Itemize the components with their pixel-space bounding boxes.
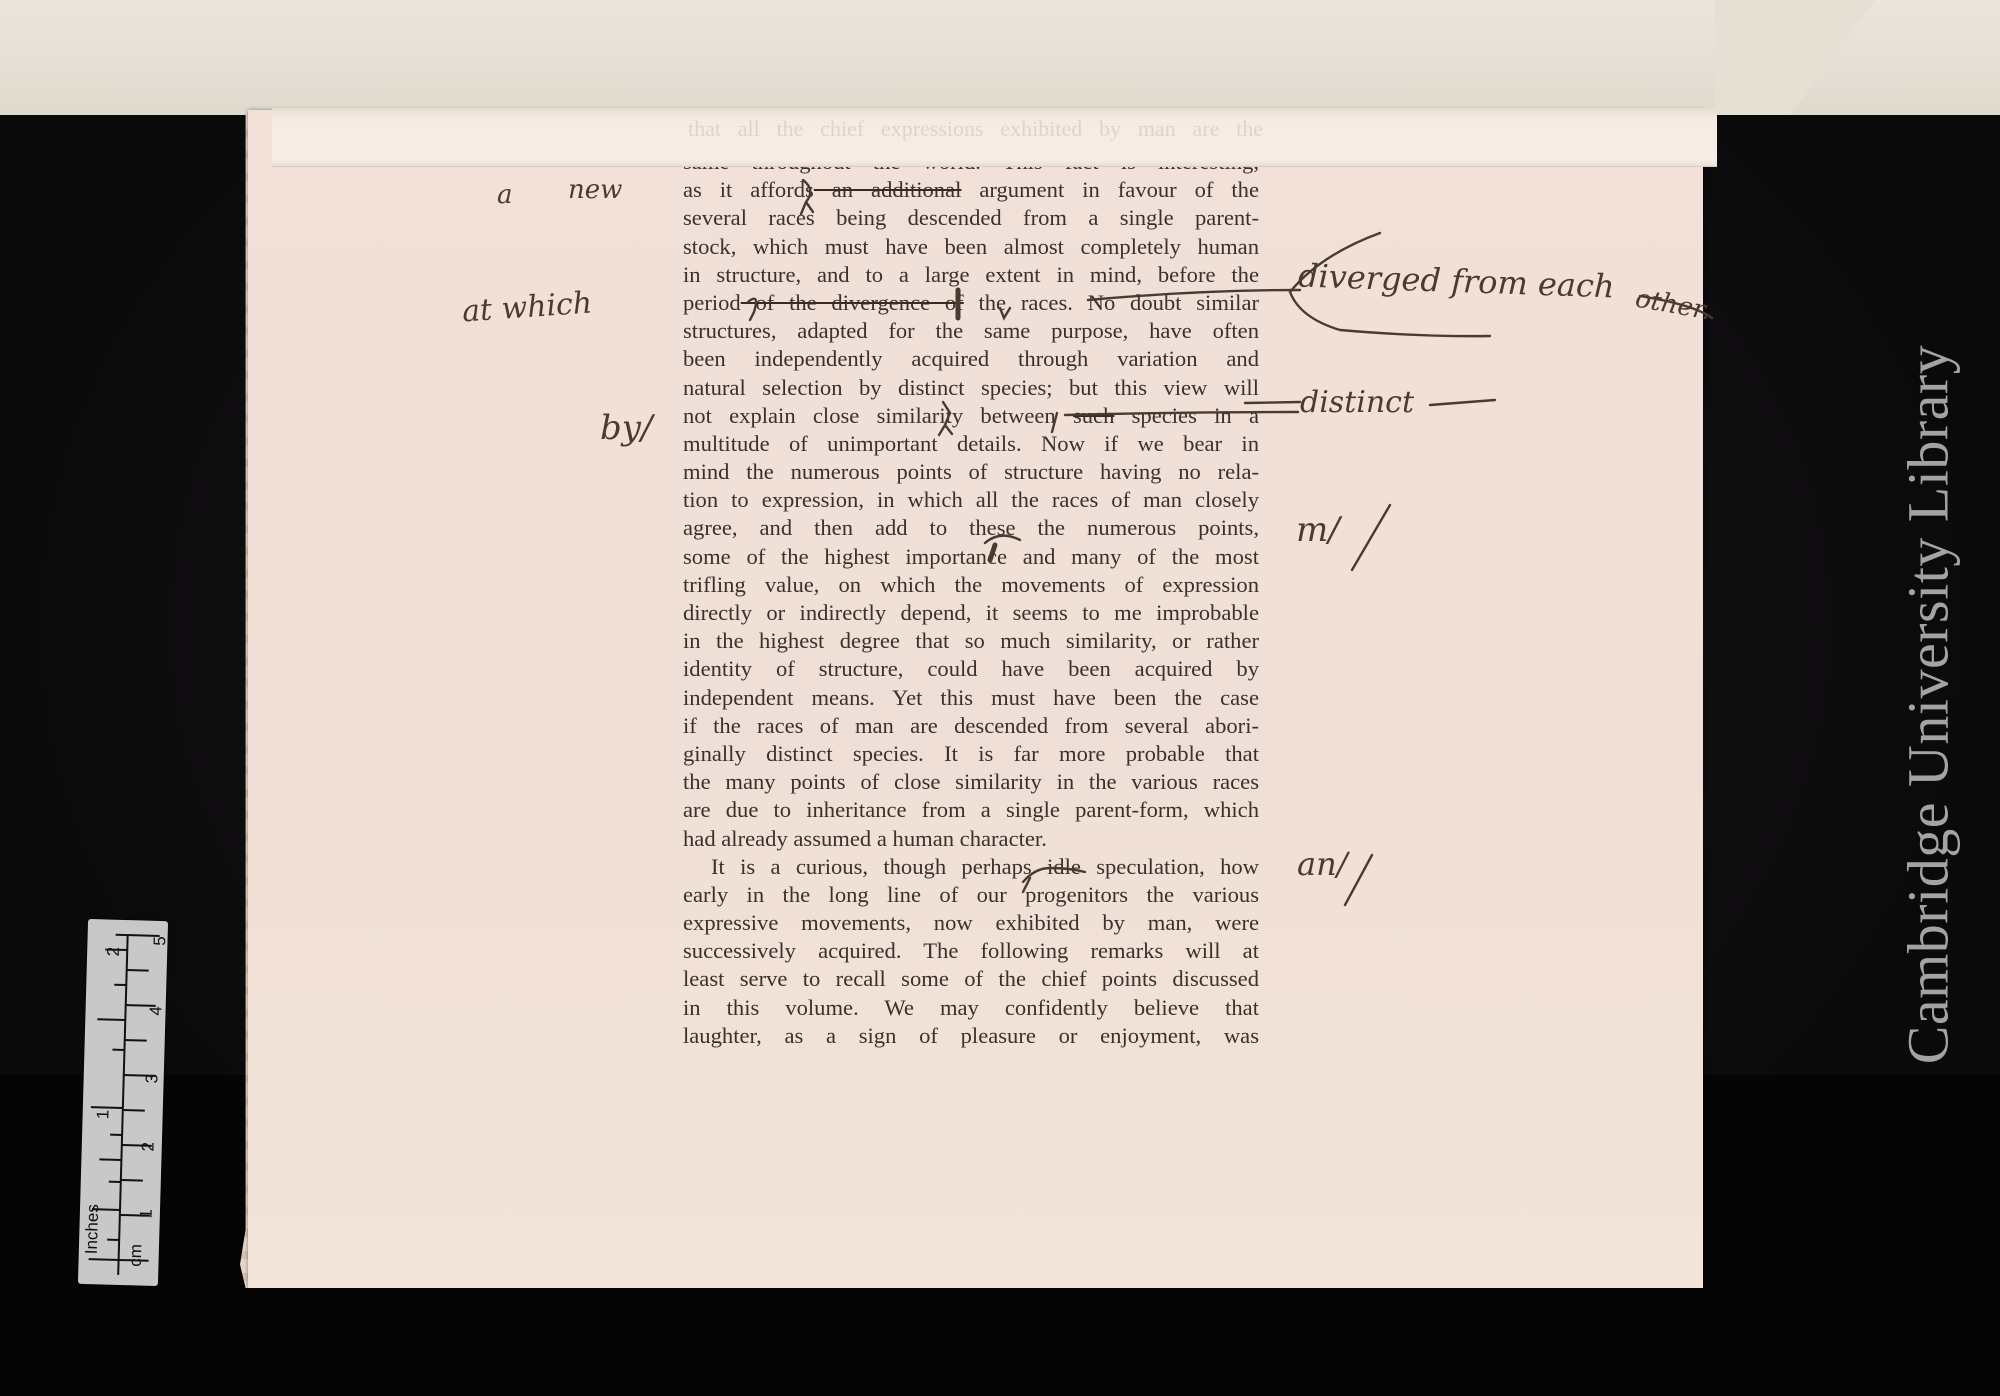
ruler-cm-5: 5 bbox=[150, 936, 170, 946]
backing-sheet bbox=[0, 0, 2000, 115]
ghost-text-line: that all the chief expressions exhibited… bbox=[688, 116, 1263, 142]
text-line: as it affords an additional argument in … bbox=[683, 176, 1259, 204]
text-line: mind the numerous points of structure ha… bbox=[683, 458, 1259, 486]
struck-text: of the divergence of bbox=[741, 290, 964, 315]
text-line: if the races of man are descended from s… bbox=[683, 712, 1259, 740]
text-line: laughter, as a sign of pleasure or enjoy… bbox=[683, 1022, 1259, 1050]
text-line: the many points of close similarity in t… bbox=[683, 768, 1259, 796]
text-line: in this volume. We may confidently belie… bbox=[683, 994, 1259, 1022]
annotation-m: m/ bbox=[1296, 510, 1340, 550]
struck-text: an additional bbox=[814, 177, 962, 202]
text-line: several races being descended from a sin… bbox=[683, 204, 1259, 232]
text-line: independent means. Yet this must have be… bbox=[683, 684, 1259, 712]
text-line: multitude of unimportant details. Now if… bbox=[683, 430, 1259, 458]
ruler-cm-1: 1 bbox=[137, 1209, 157, 1219]
text-line: not explain close similarity between suc… bbox=[683, 402, 1259, 430]
annotation-distinct: distinct bbox=[1300, 385, 1414, 420]
text-line: structures, adapted for the same purpose… bbox=[683, 317, 1259, 345]
ruler-inches-label: Inches bbox=[82, 1204, 103, 1255]
text-line: identity of structure, could have been a… bbox=[683, 655, 1259, 683]
text-line: early in the long line of our progenitor… bbox=[683, 881, 1259, 909]
text-line: period of the divergence of the races. N… bbox=[683, 289, 1259, 317]
ruler-inch-2: 2 bbox=[104, 947, 124, 957]
text-line: least serve to recall some of the chief … bbox=[683, 965, 1259, 993]
ruler-cm-4: 4 bbox=[146, 1006, 166, 1016]
text-line: natural selection by distinct species; b… bbox=[683, 374, 1259, 402]
text-line: in the highest degree that so much simil… bbox=[683, 627, 1259, 655]
text-line: some of the highest importance and many … bbox=[683, 543, 1259, 571]
ruler-inch-1: 1 bbox=[93, 1109, 113, 1119]
struck-text: such bbox=[1073, 403, 1114, 428]
text-line: It is a curious, though perhaps idle spe… bbox=[683, 853, 1259, 881]
text-line: ginally distinct species. It is far more… bbox=[683, 740, 1259, 768]
ruler-cm-label: cm bbox=[126, 1244, 147, 1267]
text-line: directly or indirectly depend, it seems … bbox=[683, 599, 1259, 627]
text-line: agree, and then add to these the numerou… bbox=[683, 514, 1259, 542]
text-line: are due to inheritance from a single par… bbox=[683, 796, 1259, 824]
text-line: had already assumed a human character. bbox=[683, 825, 1259, 853]
annotation-a: a bbox=[497, 180, 513, 210]
annotation-an: an/ bbox=[1297, 845, 1347, 883]
text-line: been independently acquired through vari… bbox=[683, 345, 1259, 373]
annotation-new: new bbox=[568, 175, 622, 205]
scale-ruler: Inches cm 1 2 1 2 3 4 5 bbox=[78, 919, 168, 1286]
ruler-cm-3: 3 bbox=[142, 1074, 162, 1084]
printed-text-block: same throughout the world. This fact is … bbox=[683, 148, 1259, 1050]
text-line: expressive movements, now exhibited by m… bbox=[683, 909, 1259, 937]
text-line: stock, which must have been almost compl… bbox=[683, 233, 1259, 261]
ruler-cm-2: 2 bbox=[138, 1142, 158, 1152]
annotation-by: by/ bbox=[600, 408, 652, 448]
library-watermark-text: Cambridge University Library bbox=[1895, 325, 1962, 1085]
text-line: trifling value, on which the movements o… bbox=[683, 571, 1259, 599]
text-line: tion to expression, in which all the rac… bbox=[683, 486, 1259, 514]
text-line: in structure, and to a large extent in m… bbox=[683, 261, 1259, 289]
text-line: successively acquired. The following rem… bbox=[683, 937, 1259, 965]
